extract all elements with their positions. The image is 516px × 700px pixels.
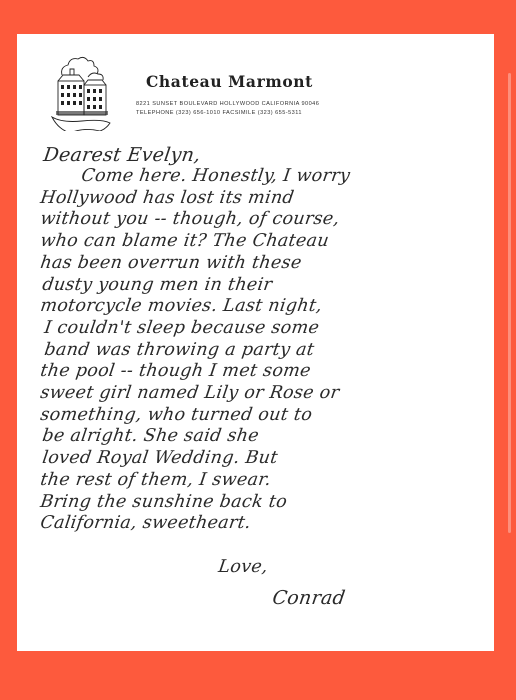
hotel-building-engraving-icon <box>48 53 114 131</box>
signature: Conrad <box>271 587 347 609</box>
letter-line: sweet girl named Lily or Rose or <box>39 383 341 403</box>
letter-line: Come here. Honestly, I worry <box>80 166 351 186</box>
letter-line: without you -- though, of course, <box>39 209 341 229</box>
closing: Love, <box>217 557 269 577</box>
letterhead-title: Chateau Marmont <box>146 72 313 91</box>
letter-line: something, who turned out to <box>39 405 314 425</box>
letter-line: the pool -- though I met some <box>39 361 312 381</box>
letter-line: be alright. She said she <box>41 426 260 446</box>
letter-line: Hollywood has lost its mind <box>39 188 295 208</box>
letter-line: the rest of them, I swear. <box>39 470 272 490</box>
letter-line: band was throwing a party at <box>43 340 316 360</box>
letter-line: who can blame it? The Chateau <box>39 231 330 251</box>
letter-line: has been overrun with these <box>39 253 303 273</box>
letter-line: I couldn't sleep because some <box>43 318 321 338</box>
salutation: Dearest Evelyn, <box>42 144 202 166</box>
scrollbar[interactable] <box>508 73 511 533</box>
letter-page: Chateau Marmont 8221 Sunset Boulevard Ho… <box>17 34 494 651</box>
letterhead-address: 8221 Sunset Boulevard Hollywood Californ… <box>136 101 319 107</box>
letter-line: motorcycle movies. Last night, <box>39 296 324 316</box>
letterhead-contact: Telephone (323) 656-1010 Facsimile (323)… <box>136 110 302 116</box>
letter-line: loved Royal Wedding. But <box>41 448 279 468</box>
letter-line: Bring the sunshine back to <box>39 492 288 512</box>
letter-line: California, sweetheart. <box>39 513 252 533</box>
letter-line: dusty young men in their <box>41 275 274 295</box>
